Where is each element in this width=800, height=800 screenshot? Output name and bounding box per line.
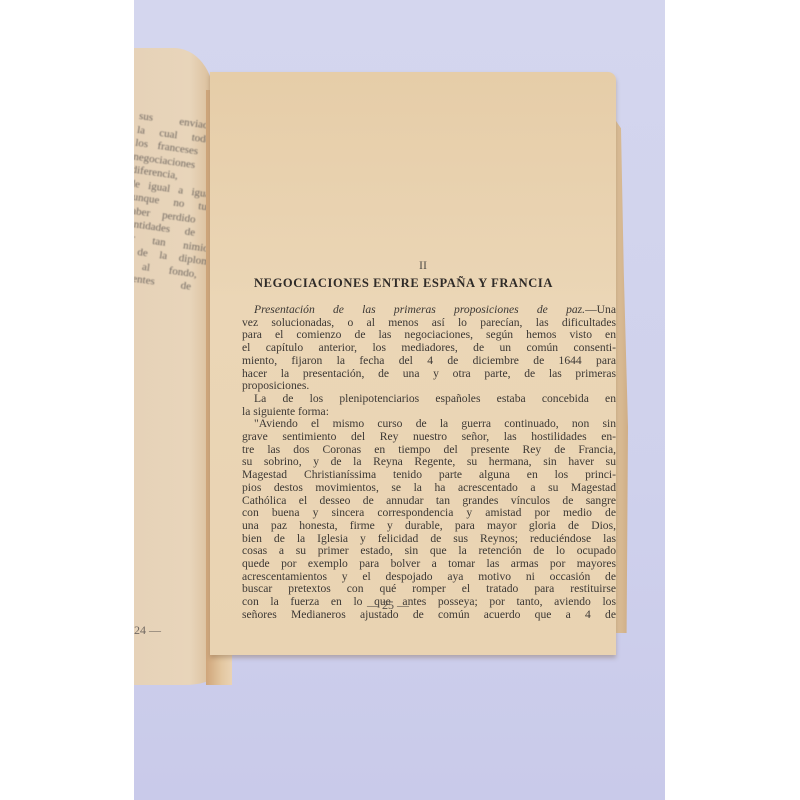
page-edges (614, 118, 628, 633)
section-heading-line: Presentación de las primeras proposicion… (242, 304, 616, 317)
chapter-title: NEGOCIACIONES ENTRE ESPAÑA Y FRANCIA (254, 276, 553, 291)
text-line: quede por exemplo para bolver a tomar la… (242, 558, 616, 571)
text-line: —Una (585, 303, 616, 316)
left-page: sus enviados aquel la cual todos quedaba… (134, 48, 214, 685)
section-heading: Presentación de las primeras proposicion… (254, 303, 585, 316)
left-page-number: 24 — (134, 623, 161, 638)
text-line: pios destos movimientos, se la ha acresc… (242, 482, 616, 495)
body-text: Presentación de las primeras proposicion… (242, 304, 616, 622)
text-line: señores Medianeros ajustado de común acu… (242, 609, 616, 622)
right-page-number: — 25 — (367, 598, 409, 613)
left-page-text: sus enviados aquel la cual todos quedaba… (134, 110, 214, 302)
chapter-number: II (419, 258, 427, 273)
text-line: una paz honesta, firme y durable, para m… (242, 520, 616, 533)
text-line: miento, fijaron la fecha del 4 de diciem… (242, 355, 616, 368)
text-line: La de los plenipotenciarios españoles es… (242, 393, 616, 406)
book-photo: sus enviados aquel la cual todos quedaba… (134, 0, 665, 800)
text-line: grave sentimiento del Rey nuestro señor,… (242, 431, 616, 444)
text-line: Magestad Christianíssima tenido parte al… (242, 469, 616, 482)
text-line: con la fuerza en lo que antes posseya; p… (242, 596, 616, 609)
text-line: el capítulo anterior, los mediadores, de… (242, 342, 616, 355)
